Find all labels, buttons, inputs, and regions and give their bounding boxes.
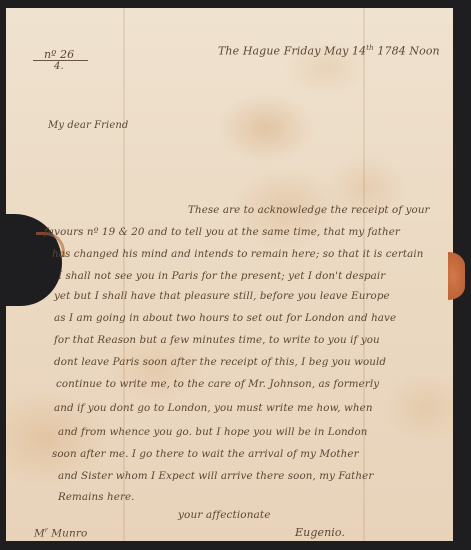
body-line: and Sister whom I Expect will arrive the… xyxy=(58,470,373,482)
closing: your affectionate xyxy=(178,509,271,521)
body-line: These are to acknowledge the receipt of … xyxy=(188,204,430,216)
dateline-place-day: The Hague Friday May 14 xyxy=(218,45,366,58)
body-line: yet but I shall have that pleasure still… xyxy=(54,290,390,302)
body-line: continue to write me, to the care of Mr.… xyxy=(56,378,379,390)
salutation: My dear Friend xyxy=(48,120,128,131)
body-line: as I am going in about two hours to set … xyxy=(54,312,396,324)
body-line: soon after me. I go there to wait the ar… xyxy=(52,448,359,460)
addressee-name: Munro xyxy=(48,528,88,540)
body-line: and if you dont go to London, you must w… xyxy=(54,402,373,414)
addressee-title: M xyxy=(34,528,45,540)
reference-subnumber: 4. xyxy=(54,61,64,72)
dateline: The Hague Friday May 14th 1784 Noon xyxy=(218,44,440,58)
body-line: for that Reason but a few minutes time, … xyxy=(54,334,380,346)
wax-seal-fragment xyxy=(448,252,465,300)
body-line: and from whence you go. but I hope you w… xyxy=(58,426,367,438)
dateline-year-time: 1784 Noon xyxy=(374,45,440,58)
body-line: I shall not see you in Paris for the pre… xyxy=(58,270,385,282)
body-line: dont leave Paris soon after the receipt … xyxy=(54,356,386,368)
dateline-ordinal: th xyxy=(366,44,374,52)
signature: Eugenio. xyxy=(295,526,345,539)
addressee: Mr Munro xyxy=(34,527,87,540)
body-line: Remains here. xyxy=(58,491,135,503)
body-line: has changed his mind and intends to rema… xyxy=(52,248,423,260)
body-line: favours nº 19 & 20 and to tell you at th… xyxy=(44,226,400,238)
